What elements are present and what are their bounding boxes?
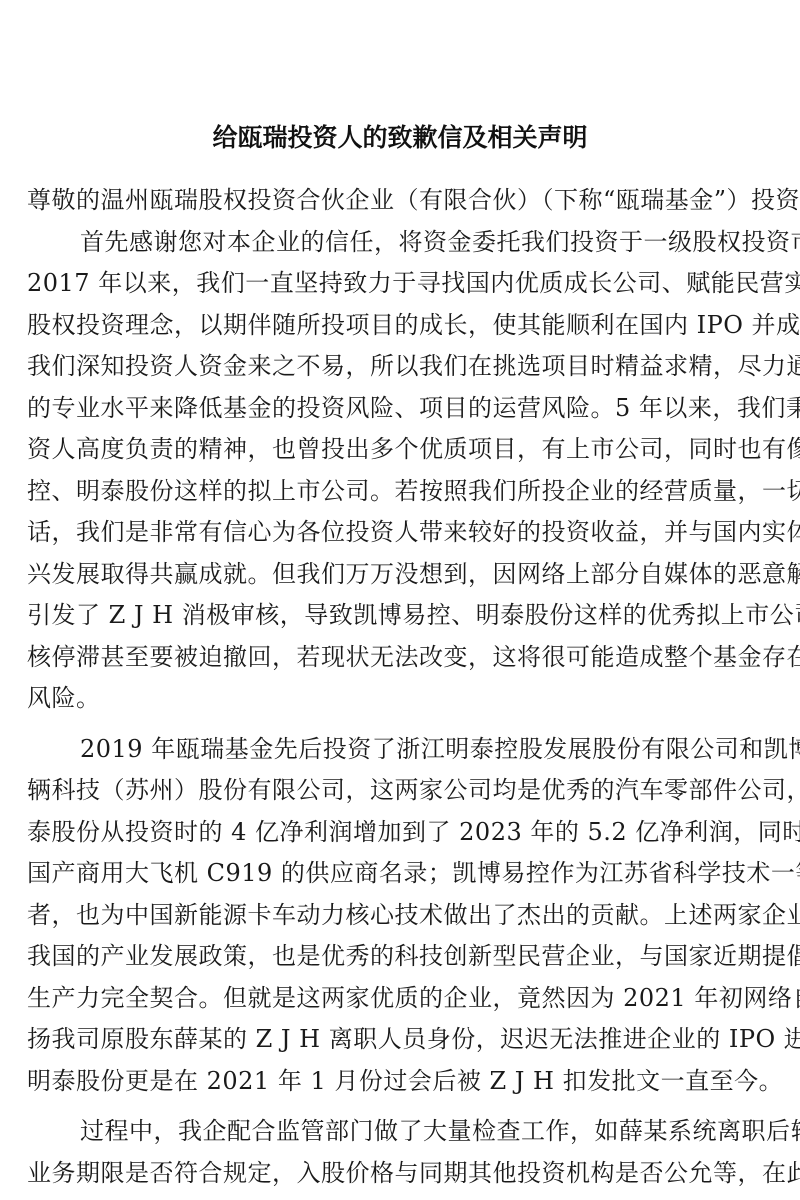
text-line: 的专业水平来降低基金的投资风险、项目的运营风险。5 年以来，我们秉承对投 [27, 388, 787, 430]
text-line: 2019 年瓯瑞基金先后投资了浙江明泰控股发展股份有限公司和凯博易控车 [27, 729, 787, 771]
text-line: 过程中，我企配合监管部门做了大量检查工作，如薛某系统离职后转型投资 [27, 1111, 787, 1153]
document-body: 尊敬的温州瓯瑞股权投资合伙企业（有限合伙）（下称“瓯瑞基金”）投资人： 首先感谢… [27, 180, 787, 1194]
text-line: 者，也为中国新能源卡车动力核心技术做出了杰出的贡献。上述两家企业既符合 [27, 895, 787, 937]
text-line: 资人高度负责的精神，也曾投出多个优质项目，有上市公司，同时也有像凯博易 [27, 429, 787, 471]
document-title: 给瓯瑞投资人的致歉信及相关声明 [0, 118, 800, 154]
paragraph-2: 2019 年瓯瑞基金先后投资了浙江明泰控股发展股份有限公司和凯博易控车 辆科技（… [27, 729, 787, 1103]
text-line: 兴发展取得共赢成就。但我们万万没想到，因网络上部分自媒体的恶意解读宣传， [27, 554, 787, 596]
salutation: 尊敬的温州瓯瑞股权投资合伙企业（有限合伙）（下称“瓯瑞基金”）投资人： [27, 180, 787, 222]
text-line: 核停滞甚至要被迫撤回，若现状无法改变，这将很可能造成整个基金存在亏损的 [27, 637, 787, 679]
paragraph-gap [27, 720, 787, 729]
text-line: 明泰股份更是在 2021 年 1 月份过会后被 Z J H 扣发批文一直至今。 [27, 1061, 787, 1103]
text-line: 国产商用大飞机 C919 的供应商名录；凯博易控作为江苏省科学技术一等奖获得 [27, 853, 787, 895]
text-line: 股权投资理念，以期伴随所投项目的成长，使其能顺利在国内 IPO 并成功退出。 [27, 305, 787, 347]
text-line: 辆科技（苏州）股份有限公司，这两家公司均是优秀的汽车零部件公司，其中明 [27, 770, 787, 812]
paragraph-gap [27, 1102, 787, 1111]
text-line: 业务期限是否符合规定，入股价格与同期其他投资机构是否公允等，在此不一一 [27, 1153, 787, 1195]
text-line: 风险。 [27, 678, 787, 720]
text-line: 首先感谢您对本企业的信任，将资金委托我们投资于一级股权投资市场。自 [27, 222, 787, 264]
paragraph-3: 过程中，我企配合监管部门做了大量检查工作，如薛某系统离职后转型投资 业务期限是否… [27, 1111, 787, 1194]
text-line: 话，我们是非常有信心为各位投资人带来较好的投资收益，并与国内实体产业振 [27, 512, 787, 554]
text-line: 生产力完全契合。但就是这两家优质的企业，竟然因为 2021 年初网络自媒体宣 [27, 978, 787, 1020]
text-line: 控、明泰股份这样的拟上市公司。若按照我们所投企业的经营质量，一切顺利的 [27, 471, 787, 513]
text-line: 我们深知投资人资金来之不易，所以我们在挑选项目时精益求精，尽力通过自己 [27, 346, 787, 388]
text-line: 2017 年以来，我们一直坚持致力于寻找国内优质成长公司、赋能民营实体产业的 [27, 263, 787, 305]
text-line: 泰股份从投资时的 4 亿净利润增加到了 2023 年的 5.2 亿净利润，同时也… [27, 812, 787, 854]
text-line: 我国的产业发展政策，也是优秀的科技创新型民营企业，与国家近期提倡的新质 [27, 936, 787, 978]
text-line: 扬我司原股东薛某的 Z J H 离职人员身份，迟迟无法推进企业的 IPO 进程。… [27, 1019, 787, 1061]
text-line: 引发了 Z J H 消极审核，导致凯博易控、明泰股份这样的优秀拟上市公司项目审 [27, 595, 787, 637]
paragraph-1: 首先感谢您对本企业的信任，将资金委托我们投资于一级股权投资市场。自 2017 年… [27, 222, 787, 720]
